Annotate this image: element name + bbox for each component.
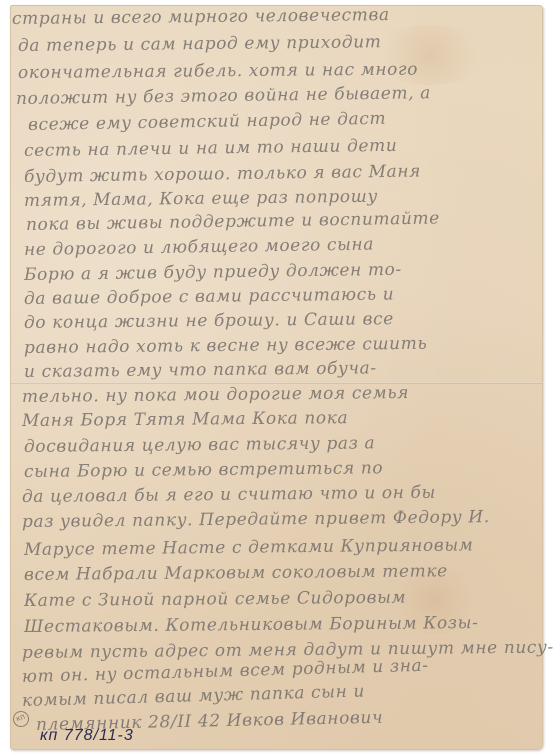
text-line-14: равно надо хоть к весне ну всеже сшить [24, 334, 427, 358]
text-line-2: да теперь и сам народ ему приходит [18, 32, 382, 56]
text-line-19: сына Борю и семью встретиться по [24, 458, 383, 482]
inventory-number: кп 778/11-3 [40, 727, 134, 745]
text-line-28: комым писал ваш муж папка сын и [22, 681, 366, 711]
text-line-22: Марусе тете Насте с детками Куприяновым [24, 535, 474, 560]
text-line-20: да целовал бы я его и считаю что и он бы [22, 483, 436, 507]
text-line-7: будут жить хорошо. только я вас Маня [24, 161, 421, 187]
text-line-24: Кате с Зиной парной семье Сидоровым [24, 588, 406, 611]
text-line-23: всем Набрали Марковым соколовым тетке [24, 561, 448, 585]
text-line-1: страны и всего мирного человечества [12, 5, 390, 29]
text-line-17: Маня Боря Тятя Мама Кока пока [22, 408, 348, 431]
text-line-9: пока вы живы поддержите и воспитайте [26, 209, 440, 235]
text-line-13: до конца жизни не брошу. и Саши все [24, 309, 394, 333]
document-scan: страны и всего мирного человечества да т… [0, 0, 554, 754]
text-line-6: сесть на плечи и на им то наши дети [24, 136, 398, 161]
text-line-15: и сказать ему что папка вам обуча- [24, 358, 377, 382]
text-line-10: не дорогого и любящего моего сына [24, 235, 374, 260]
text-line-25: Шестаковым. Котельниковым Бориным Козы- [24, 613, 479, 637]
text-line-21: раз увидел папку. Передайте привет Федор… [22, 507, 490, 532]
text-line-5: всеже ему советский народ не даст [28, 109, 386, 135]
text-line-8: тятя, Мама, Кока еще раз попрошу [24, 187, 378, 211]
text-line-3: окончательная гибель. хотя и нас много [18, 60, 418, 83]
text-line-16: тельно. ну пока мои дорогие моя семья [22, 383, 409, 407]
text-line-12: да ваше доброе с вами рассчитаюсь и [24, 284, 394, 309]
text-line-11: Борю а я жив буду приеду должен то- [24, 260, 402, 285]
letter-paper: страны и всего мирного человечества да т… [10, 5, 543, 750]
text-line-4: положит ну без этого война не бывает, а [16, 83, 431, 109]
text-line-18: досвидания целую вас тысячу раз а [24, 433, 375, 457]
handwritten-text: страны и всего мирного человечества да т… [10, 5, 543, 750]
